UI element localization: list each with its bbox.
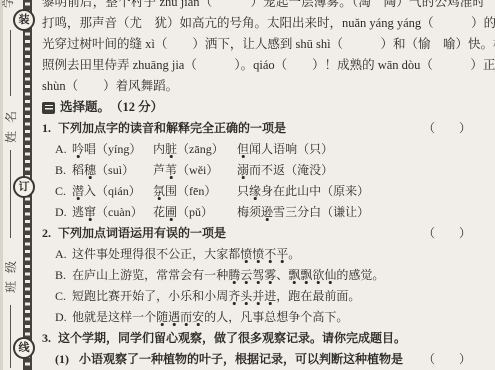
name-label: 姓名 <box>3 101 19 145</box>
option-item: 芦苇（wěi） <box>153 160 237 181</box>
option-label: A. <box>55 244 72 265</box>
option-label: C. <box>55 286 72 307</box>
class-fill-line <box>10 305 11 368</box>
option-sentence: 短跑比赛开始了，小乐和小周齐头并进，跑在最前面。 <box>72 286 495 307</box>
passage-line: 打鸣，那声音（尤 犹）如高亢的号角。太阳出来时，nuǎn yáng yáng（ … <box>42 13 495 34</box>
option-sentence: 他就是这样一个随遇而安的人，凡事总想争个高下。 <box>72 307 495 328</box>
section-title: 选择题。 <box>60 97 110 118</box>
option-sentence: 在庐山上游览，常常会有一种腾云驾雾、飘飘欲仙的感觉。 <box>72 265 495 286</box>
option-item: 吟唱（yíng） <box>72 139 153 160</box>
passage-line: shùn（ ）着风舞蹈。 <box>42 76 495 97</box>
question-text: 下列加点词语运用有误的一项是 <box>58 223 423 244</box>
q2-option-c: C. 短跑比赛开始了，小乐和小周齐头并进，跑在最前面。 <box>42 286 495 307</box>
answer-brackets: （ ） <box>423 223 495 244</box>
option-item: 稻穗（suì） <box>72 160 153 181</box>
name-fill-line <box>10 150 11 238</box>
school-fill-line <box>10 30 11 96</box>
binding-circle-ding: 订 <box>13 176 35 198</box>
option-item: 逃窜（cuàn） <box>72 202 153 223</box>
answer-brackets: （ ） <box>423 349 495 370</box>
school-label-fragment: 学 <box>0 0 16 10</box>
sub-question-label: (1) <box>55 349 79 370</box>
binding-char: 装 <box>19 15 30 26</box>
option-label: D. <box>55 202 72 223</box>
q2-option-b: B. 在庐山上游览，常常会有一种腾云驾雾、飘飘欲仙的感觉。 <box>42 265 495 286</box>
option-label: A. <box>55 139 72 160</box>
q1-option-a: A. 吟唱（yíng） 内脏（zāng） 但闻人语响（只） <box>42 139 495 160</box>
question-3-stem: 3. 这个学期，同学们留心观察，做了很多观察记录。请你完成题目。 <box>42 328 495 349</box>
q1-option-d: D. 逃窜（cuàn） 花圃（pǔ） 梅须逊雪三分白（谦让） <box>42 202 495 223</box>
binding-char: 线 <box>19 343 30 354</box>
question-number: 2. <box>42 223 58 244</box>
page-edge-shadow <box>0 0 3 370</box>
q2-option-d: D. 他就是这样一个随遇而安的人，凡事总想争个高下。 <box>42 307 495 328</box>
question-text: 这个学期，同学们留心观察，做了很多观察记录。请你完成题目。 <box>58 328 495 349</box>
main-content: 黎明前后，整个村子 zhú jiàn（ ）笼起一层薄雾。（淘 陶）气的公鸡准时 … <box>42 0 495 370</box>
class-label: 班级 <box>3 251 19 295</box>
option-label: C. <box>55 181 72 202</box>
question-number: 1. <box>42 118 58 139</box>
exam-page: 学 姓名 班级 装 订 线 黎明前后，整个村子 zhú jiàn（ ）笼起一层薄… <box>0 0 495 370</box>
option-label: B. <box>55 160 72 181</box>
option-item: 内脏（zāng） <box>153 139 237 160</box>
q1-option-b: B. 稻穗（suì） 芦苇（wěi） 溺而不返（淹没） <box>42 160 495 181</box>
option-item: 只缘身在此山中（原来） <box>237 181 495 202</box>
question-1-stem: 1. 下列加点字的读音和解释完全正确的一项是 （ ） <box>42 118 495 139</box>
question-2-stem: 2. 下列加点词语运用有误的一项是 （ ） <box>42 223 495 244</box>
binding-char: 订 <box>19 182 30 193</box>
option-item: 溺而不返（淹没） <box>237 160 495 181</box>
section-number-icon <box>42 102 55 114</box>
binding-circle-xian: 线 <box>13 337 35 359</box>
option-item: 但闻人语响（只） <box>237 139 495 160</box>
passage-line: 黎明前后，整个村子 zhú jiàn（ ）笼起一层薄雾。（淘 陶）气的公鸡准时 <box>42 0 495 13</box>
section-header: 选择题。 （12 分） <box>42 97 495 118</box>
option-item: 梅须逊雪三分白（谦让） <box>237 202 495 223</box>
answer-brackets: （ ） <box>423 118 495 139</box>
passage-line: 照例去田里侍弄 zhuāng jia（ ）。qiáo（ ）！成熟的 wān dò… <box>42 55 495 76</box>
option-item: 花圃（pǔ） <box>153 202 237 223</box>
option-label: D. <box>55 307 72 328</box>
question-number: 3. <box>42 328 58 349</box>
passage-line: 光穿过树叶间的缝 xì（ ）洒下，让人感到 shū shì（ ）和（愉 喻）快。… <box>42 34 495 55</box>
section-score: （12 分） <box>110 97 163 118</box>
question-text: 下列加点字的读音和解释完全正确的一项是 <box>58 118 423 139</box>
q3-sub-question-1: (1) 小语观察了一种植物的叶子，根据记录，可以判断这种植物是 （ ） <box>42 349 495 370</box>
pinyin-passage: 黎明前后，整个村子 zhú jiàn（ ）笼起一层薄雾。（淘 陶）气的公鸡准时 … <box>42 0 495 97</box>
option-item: 潜入（qián） <box>72 181 153 202</box>
option-item: 氛围（fēn） <box>153 181 237 202</box>
option-label: B. <box>55 265 72 286</box>
binding-circle-zhuang: 装 <box>13 9 35 31</box>
option-sentence: 这件事处理得很不公正，大家都愤愤不平。 <box>72 244 495 265</box>
q1-option-c: C. 潜入（qián） 氛围（fēn） 只缘身在此山中（原来） <box>42 181 495 202</box>
sub-question-text: 小语观察了一种植物的叶子，根据记录，可以判断这种植物是 <box>79 349 423 370</box>
q2-option-a: A. 这件事处理得很不公正，大家都愤愤不平。 <box>42 244 495 265</box>
